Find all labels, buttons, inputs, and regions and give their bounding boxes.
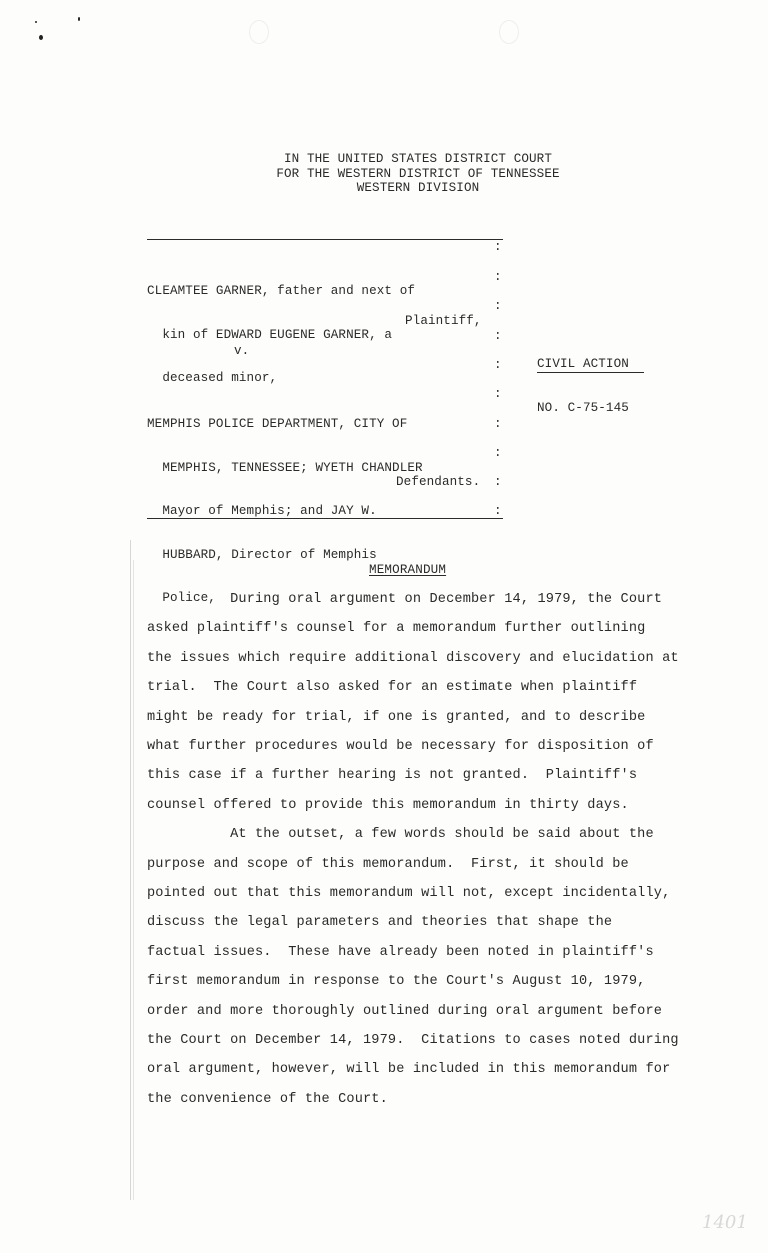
- caption-top-rule: [147, 239, 503, 240]
- scan-speck: [78, 17, 80, 21]
- court-heading-line: WESTERN DIVISION: [0, 181, 768, 196]
- body-line: counsel offered to provide this memorand…: [147, 798, 629, 813]
- caption-colon: :: [494, 358, 502, 372]
- body-line: the convenience of the Court.: [147, 1092, 388, 1107]
- case-number: NO. C-75-145: [537, 401, 629, 416]
- caption-colon: :: [494, 329, 502, 343]
- punch-hole-right: [499, 20, 519, 44]
- defendant-line: HUBBARD, Director of Memphis: [147, 548, 423, 563]
- memorandum-title: MEMORANDUM: [369, 563, 446, 577]
- scan-speck: [39, 35, 43, 40]
- body-line: factual issues. These have already been …: [147, 945, 654, 960]
- plaintiff-line: kin of EDWARD EUGENE GARNER, a: [147, 328, 415, 343]
- caption-colon: :: [494, 446, 502, 460]
- court-heading-line: IN THE UNITED STATES DISTRICT COURT: [0, 152, 768, 167]
- body-line: first memorandum in response to the Cour…: [147, 974, 645, 989]
- body-line: At the outset, a few words should be sai…: [147, 827, 654, 842]
- civil-action-number: CIVIL ACTION NO. C-75-145: [537, 328, 629, 430]
- plaintiff-label: Plaintiff,: [405, 314, 482, 329]
- court-heading-line: FOR THE WESTERN DISTRICT OF TENNESSEE: [0, 167, 768, 182]
- body-line: might be ready for trial, if one is gran…: [147, 710, 645, 725]
- caption-colon: :: [494, 270, 502, 284]
- defendant-line: MEMPHIS POLICE DEPARTMENT, CITY OF: [147, 417, 423, 432]
- civil-action-label: CIVIL ACTION: [537, 357, 629, 372]
- body-line: pointed out that this memorandum will no…: [147, 886, 670, 901]
- caption-colon: :: [494, 475, 502, 489]
- margin-line: [133, 560, 134, 1200]
- court-heading: IN THE UNITED STATES DISTRICT COURT FOR …: [0, 152, 768, 196]
- body-line: oral argument, however, will be included…: [147, 1062, 670, 1077]
- caption-colon: :: [494, 417, 502, 431]
- punch-hole-left: [249, 20, 269, 44]
- plaintiff-line: deceased minor,: [147, 371, 415, 386]
- caption-colon: :: [494, 299, 502, 313]
- caption-colon: :: [494, 240, 502, 254]
- margin-line: [130, 540, 131, 1200]
- plaintiff-line: CLEAMTEE GARNER, father and next of: [147, 284, 415, 299]
- body-line: the issues which require additional disc…: [147, 651, 679, 666]
- body-line: During oral argument on December 14, 197…: [147, 592, 662, 607]
- body-line: trial. The Court also asked for an estim…: [147, 680, 637, 695]
- defendant-line: Mayor of Memphis; and JAY W.: [147, 504, 423, 519]
- body-line: asked plaintiff's counsel for a memorand…: [147, 621, 645, 636]
- body-line: the Court on December 14, 1979. Citation…: [147, 1033, 679, 1048]
- defendant-label: Defendants.: [396, 475, 480, 490]
- handwritten-page-mark: 1401: [702, 1212, 748, 1233]
- body-line: what further procedures would be necessa…: [147, 739, 654, 754]
- defendant-party: MEMPHIS POLICE DEPARTMENT, CITY OF MEMPH…: [147, 388, 423, 620]
- defendant-line: MEMPHIS, TENNESSEE; WYETH CHANDLER: [147, 461, 423, 476]
- body-line: discuss the legal parameters and theorie…: [147, 915, 612, 930]
- body-line: purpose and scope of this memorandum. Fi…: [147, 857, 629, 872]
- versus-label: v.: [234, 344, 249, 359]
- caption-colon: :: [494, 387, 502, 401]
- caption-colon: :: [494, 504, 502, 518]
- scan-speck: [35, 21, 37, 23]
- body-line: order and more thoroughly outlined durin…: [147, 1004, 662, 1019]
- plaintiff-party: CLEAMTEE GARNER, father and next of kin …: [147, 255, 415, 400]
- civil-action-rule: [537, 372, 644, 373]
- body-line: this case if a further hearing is not gr…: [147, 768, 637, 783]
